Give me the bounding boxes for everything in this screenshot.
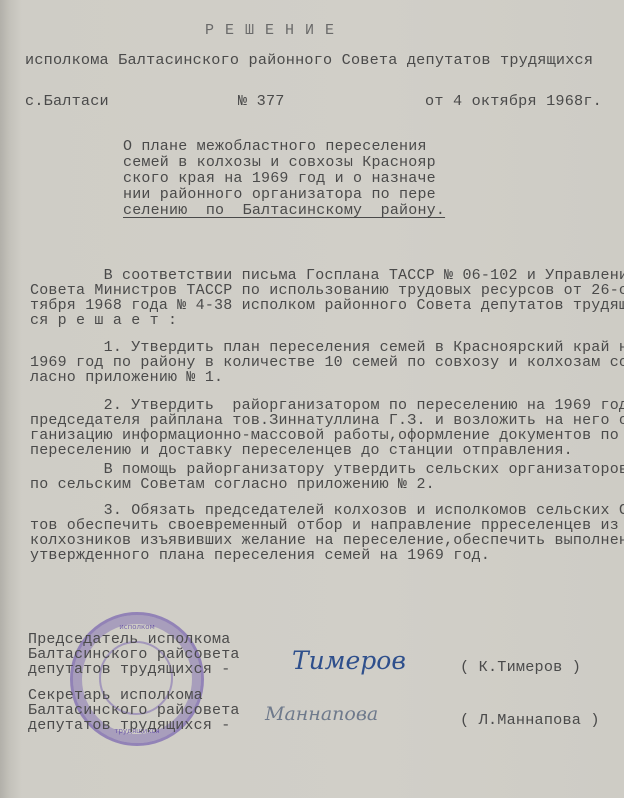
issuing-organization: исполкома Балтасинского районного Совета…: [25, 53, 593, 68]
text-line: тов обеспечить своевременный отбор и нап…: [30, 518, 624, 533]
text-line: ся р е ш а е т :: [30, 313, 624, 328]
subject-line: нии районного организатора по пере: [123, 187, 445, 203]
subject-line: ского края на 1969 год и о назначе: [123, 171, 445, 187]
signatory-role-line: депутатов трудящихся -: [28, 662, 240, 677]
text-line: 3. Обязать председателей колхозов и испо…: [30, 503, 624, 518]
text-line: 2. Утвердить райорганизатором по пересел…: [30, 398, 624, 413]
item-2-supplement-paragraph: В помощь райорганизатору утвердить сельс…: [30, 462, 624, 492]
item-1-paragraph: 1. Утвердить план переселения семей в Кр…: [30, 340, 624, 385]
seal-top-text: исполком: [73, 623, 201, 631]
text-line: 1. Утвердить план переселения семей в Кр…: [30, 340, 624, 355]
document-page: РЕШЕНИЕ исполкома Балтасинского районног…: [0, 0, 624, 798]
secretary-name: ( Л.Маннапова ): [460, 713, 600, 728]
place-of-issue: с.Балтаси: [25, 94, 109, 109]
document-number: № 377: [238, 94, 285, 109]
signatory-role-line: депутатов трудящихся -: [28, 718, 240, 733]
text-line: ласно приложению № 1.: [30, 370, 624, 385]
subject-line: селению по Балтасинскому району.: [123, 203, 445, 219]
text-line: утвержденного плана переселения семей на…: [30, 548, 624, 563]
item-3-paragraph: 3. Обязать председателей колхозов и испо…: [30, 503, 624, 563]
text-line: тября 1968 года № 4-38 исполком районног…: [30, 298, 624, 313]
text-line: Совета Министров ТАССР по использованию …: [30, 283, 624, 298]
secretary-signature-block: Секретарь исполкома Балтасинского райсов…: [28, 688, 240, 733]
text-line: В помощь райорганизатору утвердить сельс…: [30, 462, 624, 477]
chairman-name: ( К.Тимеров ): [460, 660, 581, 675]
signatory-role-line: Балтасинского райсовета: [28, 647, 240, 662]
signatory-role-line: Балтасинского райсовета: [28, 703, 240, 718]
subject-line: семей в колхозы и совхозы Краснояр: [123, 155, 445, 171]
item-2-paragraph: 2. Утвердить райорганизатором по пересел…: [30, 398, 624, 458]
text-line: председателя райплана тов.Зиннатуллина Г…: [30, 413, 624, 428]
document-date: от 4 октября 1968г.: [425, 94, 602, 109]
preamble-paragraph: В соответствии письма Госплана ТАССР № 0…: [30, 268, 624, 328]
text-line: колхозников изъявивших желание на пересе…: [30, 533, 624, 548]
subject-line: О плане межобластного переселения: [123, 139, 445, 155]
text-line: по сельским Советам согласно приложению …: [30, 477, 624, 492]
chairman-handwritten-signature: Тимеров: [292, 646, 406, 675]
secretary-handwritten-signature: Маннапова: [265, 703, 378, 725]
text-line: 1969 год по району в количестве 10 семей…: [30, 355, 624, 370]
subject-block: О плане межобластного переселения семей …: [123, 139, 445, 219]
chairman-signature-block: Председатель исполкома Балтасинского рай…: [28, 632, 240, 677]
text-line: В соответствии письма Госплана ТАССР № 0…: [30, 268, 624, 283]
document-title: РЕШЕНИЕ: [205, 22, 345, 39]
signatory-role-line: Председатель исполкома: [28, 632, 240, 647]
text-line: переселению и доставку переселенцев до с…: [30, 443, 624, 458]
signatory-role-line: Секретарь исполкома: [28, 688, 240, 703]
text-line: ганизацию информационно-массовой работы,…: [30, 428, 624, 443]
